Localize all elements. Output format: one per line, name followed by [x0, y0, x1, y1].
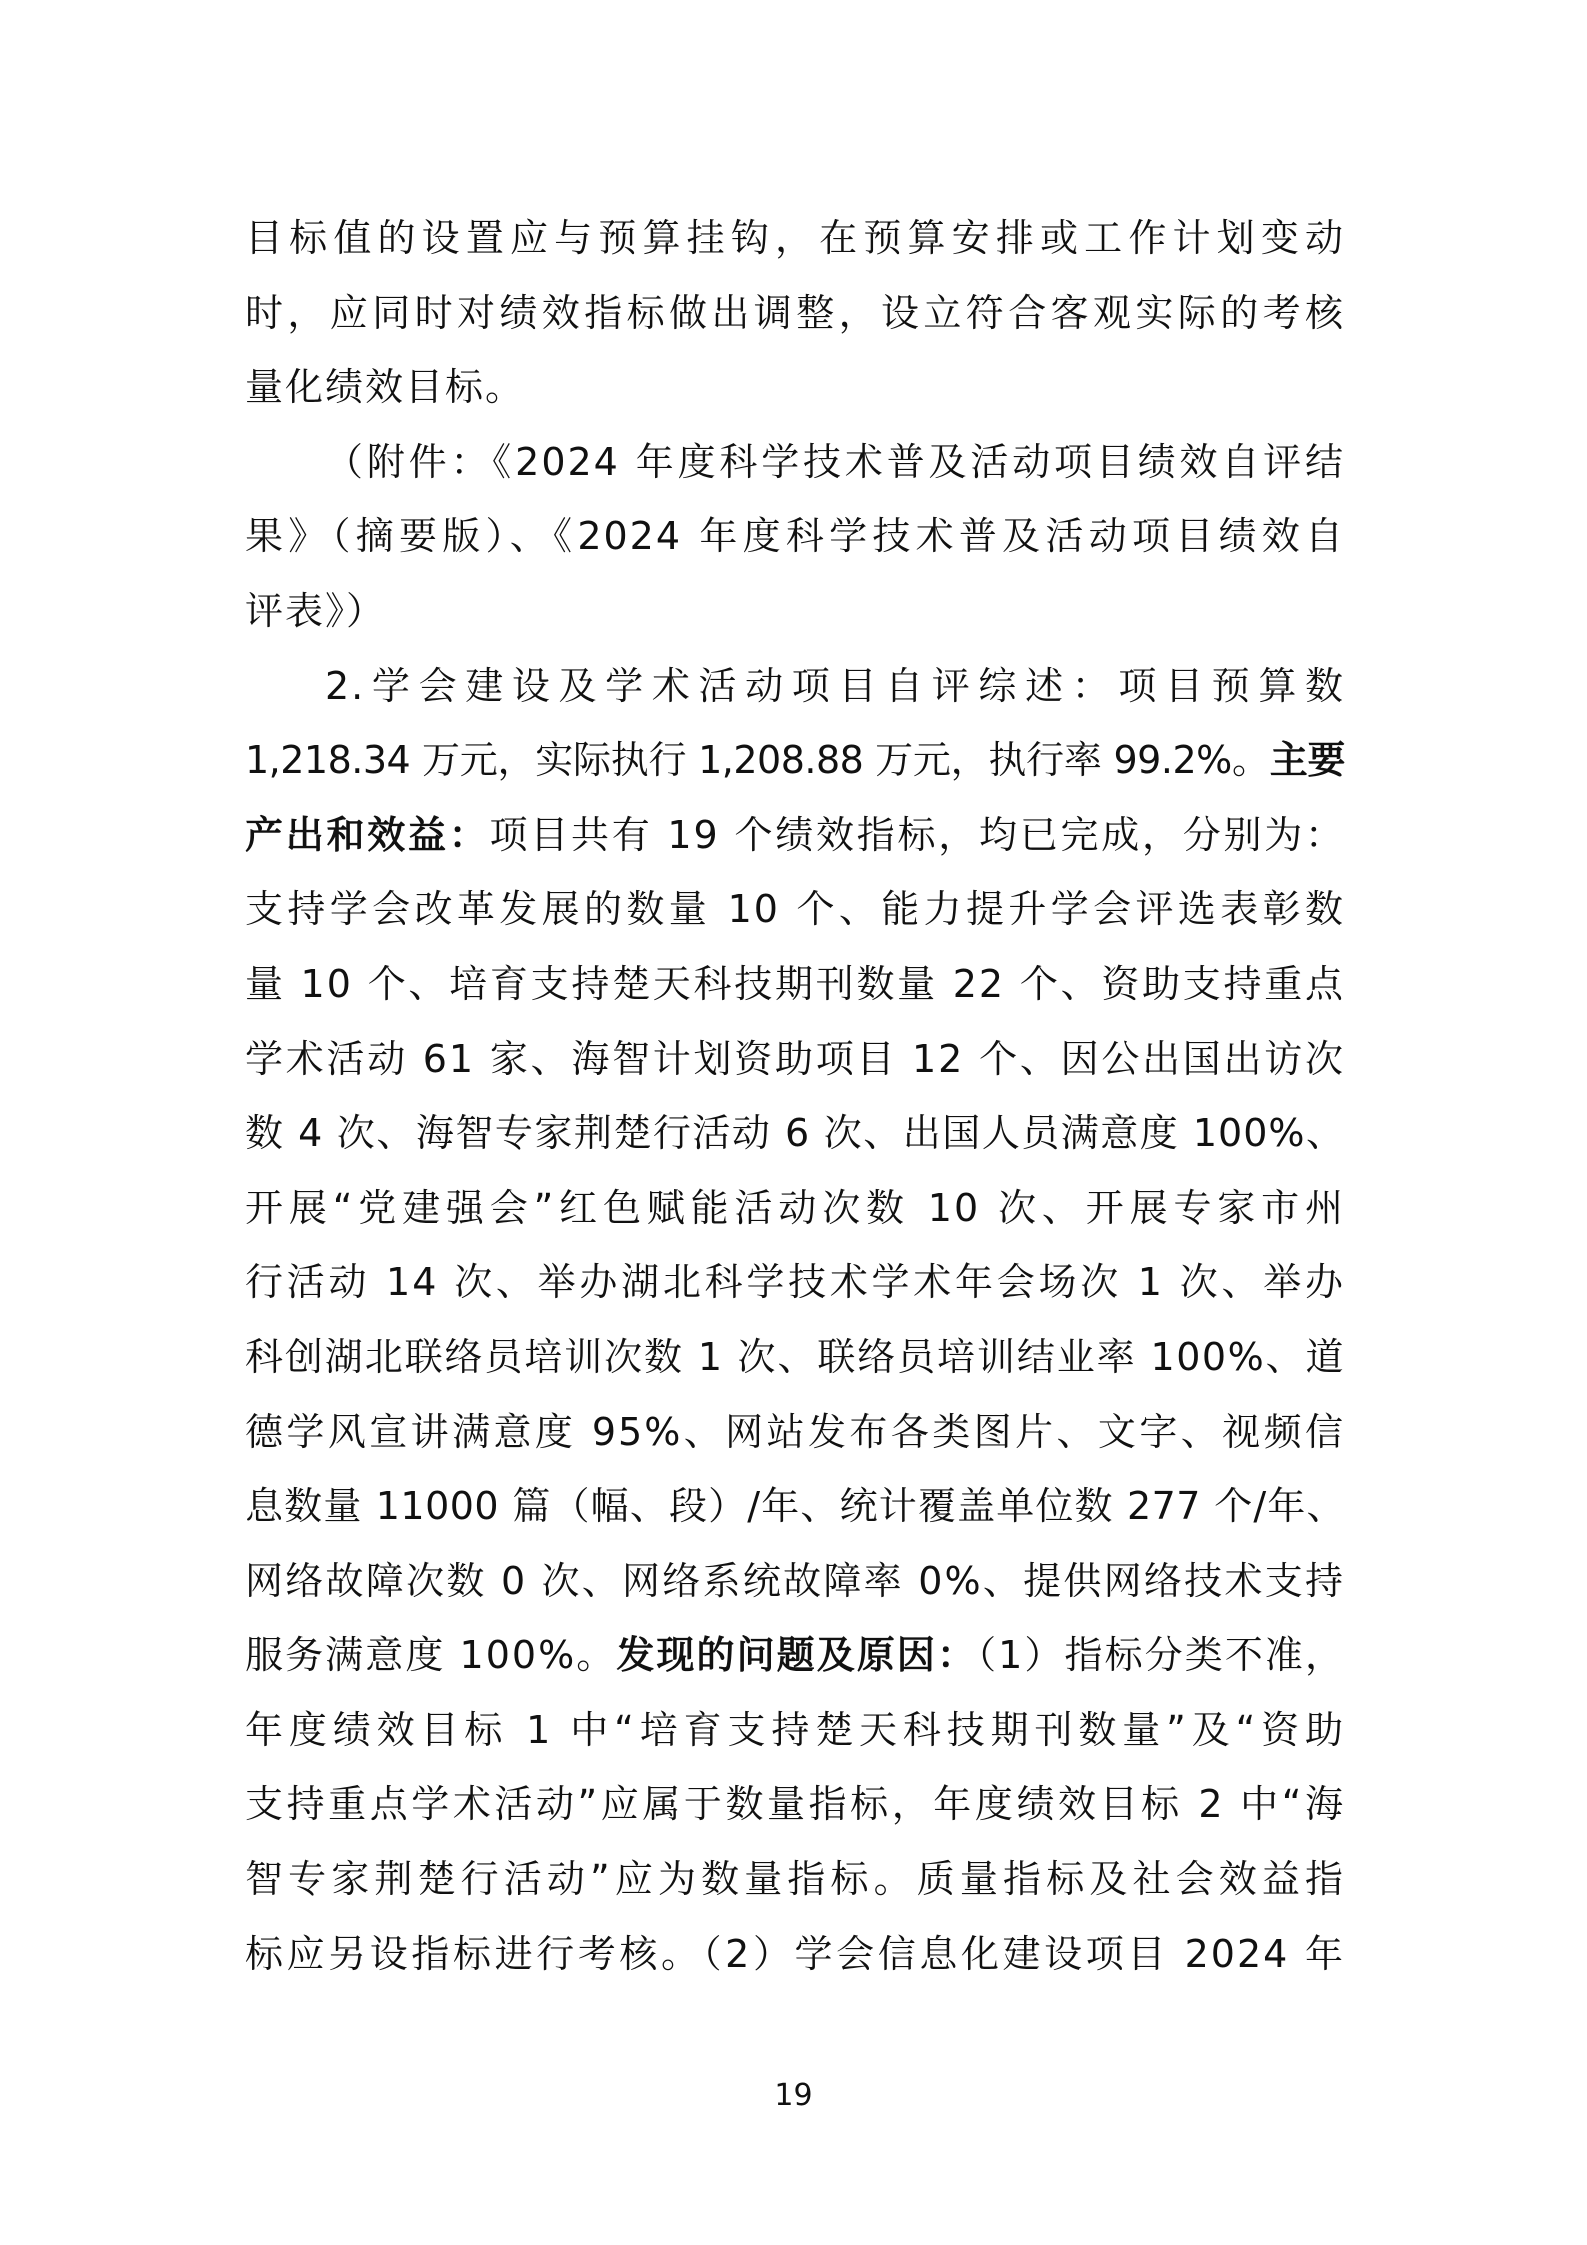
text-line: 2.学会建设及学术活动项目自评综述：项目预算数 [245, 649, 1345, 724]
text-line: 1,218.34 万元，实际执行 1,208.88 万元，执行率 99.2%。主… [245, 723, 1345, 798]
text-segment: 行活动 14 次、举办湖北科学技术学术年会场次 1 次、举办 [245, 1260, 1345, 1304]
text-line: 数 4 次、海智专家荆楚行活动 6 次、出国人员满意度 100%、 [245, 1096, 1345, 1171]
text-segment: 年度绩效目标 1 中“培育支持楚天科技期刊数量”及“资助 [245, 1708, 1345, 1752]
text-line: 评表》） [245, 574, 1345, 649]
text-segment: 网络故障次数 0 次、网络系统故障率 0%、提供网络技术支持 [245, 1559, 1345, 1603]
text-line: 支持学会改革发展的数量 10 个、能力提升学会评选表彰数 [245, 872, 1345, 947]
text-segment: （1）指标分类不准， [977, 1633, 1345, 1677]
text-segment: 时，应同时对绩效指标做出调整，设立符合客观实际的考核 [245, 291, 1345, 335]
text-line: 科创湖北联络员培训次数 1 次、联络员培训结业率 100%、道 [245, 1320, 1345, 1395]
body-text: 目标值的设置应与预算挂钩，在预算安排或工作计划变动时，应同时对绩效指标做出调整，… [245, 201, 1345, 1991]
text-line: 量 10 个、培育支持楚天科技期刊数量 22 个、资助支持重点 [245, 947, 1345, 1022]
page-number: 19 [0, 2078, 1587, 2113]
document-page: 目标值的设置应与预算挂钩，在预算安排或工作计划变动时，应同时对绩效指标做出调整，… [0, 0, 1587, 2245]
text-line: 服务满意度 100%。发现的问题及原因：（1）指标分类不准， [245, 1618, 1345, 1693]
text-line: （附件：《2024 年度科学技术普及活动项目绩效自评结 [245, 425, 1345, 500]
text-line: 网络故障次数 0 次、网络系统故障率 0%、提供网络技术支持 [245, 1544, 1345, 1619]
bold-heading-text: 主要 [1270, 738, 1345, 782]
text-line: 息数量 11000 篇（幅、段）/年、统计覆盖单位数 277 个/年、 [245, 1469, 1345, 1544]
text-line: 产出和效益：项目共有 19 个绩效指标，均已完成，分别为： [245, 798, 1345, 873]
text-segment: 学术活动 61 家、海智计划资助项目 12 个、因公出国出访次 [245, 1037, 1345, 1081]
text-segment: 数 4 次、海智专家荆楚行活动 6 次、出国人员满意度 100%、 [245, 1111, 1345, 1155]
text-segment: 智专家荆楚行活动”应为数量指标。质量指标及社会效益指 [245, 1857, 1345, 1901]
text-line: 德学风宣讲满意度 95%、网站发布各类图片、文字、视频信 [245, 1395, 1345, 1470]
text-segment: 评表》） [245, 589, 386, 633]
text-line: 行活动 14 次、举办湖北科学技术学术年会场次 1 次、举办 [245, 1245, 1345, 1320]
bold-heading-text: 产出和效益： [245, 813, 490, 857]
text-segment: 服务满意度 100%。 [245, 1633, 616, 1677]
text-segment: 开展“党建强会”红色赋能活动次数 10 次、开展专家市州 [245, 1186, 1345, 1230]
text-line: 目标值的设置应与预算挂钩，在预算安排或工作计划变动 [245, 201, 1345, 276]
text-line: 智专家荆楚行活动”应为数量指标。质量指标及社会效益指 [245, 1842, 1345, 1917]
text-line: 时，应同时对绩效指标做出调整，设立符合客观实际的考核 [245, 276, 1345, 351]
text-segment: （附件：《2024 年度科学技术普及活动项目绩效自评结 [325, 440, 1345, 484]
text-segment: 量化绩效目标。 [245, 365, 525, 409]
text-segment: 支持学会改革发展的数量 10 个、能力提升学会评选表彰数 [245, 887, 1345, 931]
text-segment: 量 10 个、培育支持楚天科技期刊数量 22 个、资助支持重点 [245, 962, 1345, 1006]
text-segment: 果》（摘要版）、《2024 年度科学技术普及活动项目绩效自 [245, 514, 1345, 558]
text-segment: 科创湖北联络员培训次数 1 次、联络员培训结业率 100%、道 [245, 1335, 1345, 1379]
text-segment: 息数量 11000 篇（幅、段）/年、统计覆盖单位数 277 个/年、 [245, 1484, 1345, 1528]
text-line: 果》（摘要版）、《2024 年度科学技术普及活动项目绩效自 [245, 499, 1345, 574]
text-line: 量化绩效目标。 [245, 350, 1345, 425]
bold-heading-text: 发现的问题及原因： [616, 1633, 977, 1677]
text-segment: 2.学会建设及学术活动项目自评综述：项目预算数 [325, 664, 1345, 708]
text-segment: 标应另设指标进行考核。（2）学会信息化建设项目 2024 年 [245, 1932, 1345, 1976]
text-segment: 项目共有 19 个绩效指标，均已完成，分别为： [490, 813, 1346, 857]
text-segment: 目标值的设置应与预算挂钩，在预算安排或工作计划变动 [245, 216, 1345, 260]
text-line: 标应另设指标进行考核。（2）学会信息化建设项目 2024 年 [245, 1917, 1345, 1992]
text-segment: 德学风宣讲满意度 95%、网站发布各类图片、文字、视频信 [245, 1410, 1345, 1454]
text-line: 年度绩效目标 1 中“培育支持楚天科技期刊数量”及“资助 [245, 1693, 1345, 1768]
text-line: 支持重点学术活动”应属于数量指标，年度绩效目标 2 中“海 [245, 1767, 1345, 1842]
text-line: 开展“党建强会”红色赋能活动次数 10 次、开展专家市州 [245, 1171, 1345, 1246]
text-segment: 支持重点学术活动”应属于数量指标，年度绩效目标 2 中“海 [245, 1782, 1345, 1826]
text-line: 学术活动 61 家、海智计划资助项目 12 个、因公出国出访次 [245, 1022, 1345, 1097]
text-segment: 1,218.34 万元，实际执行 1,208.88 万元，执行率 99.2%。 [245, 738, 1270, 782]
